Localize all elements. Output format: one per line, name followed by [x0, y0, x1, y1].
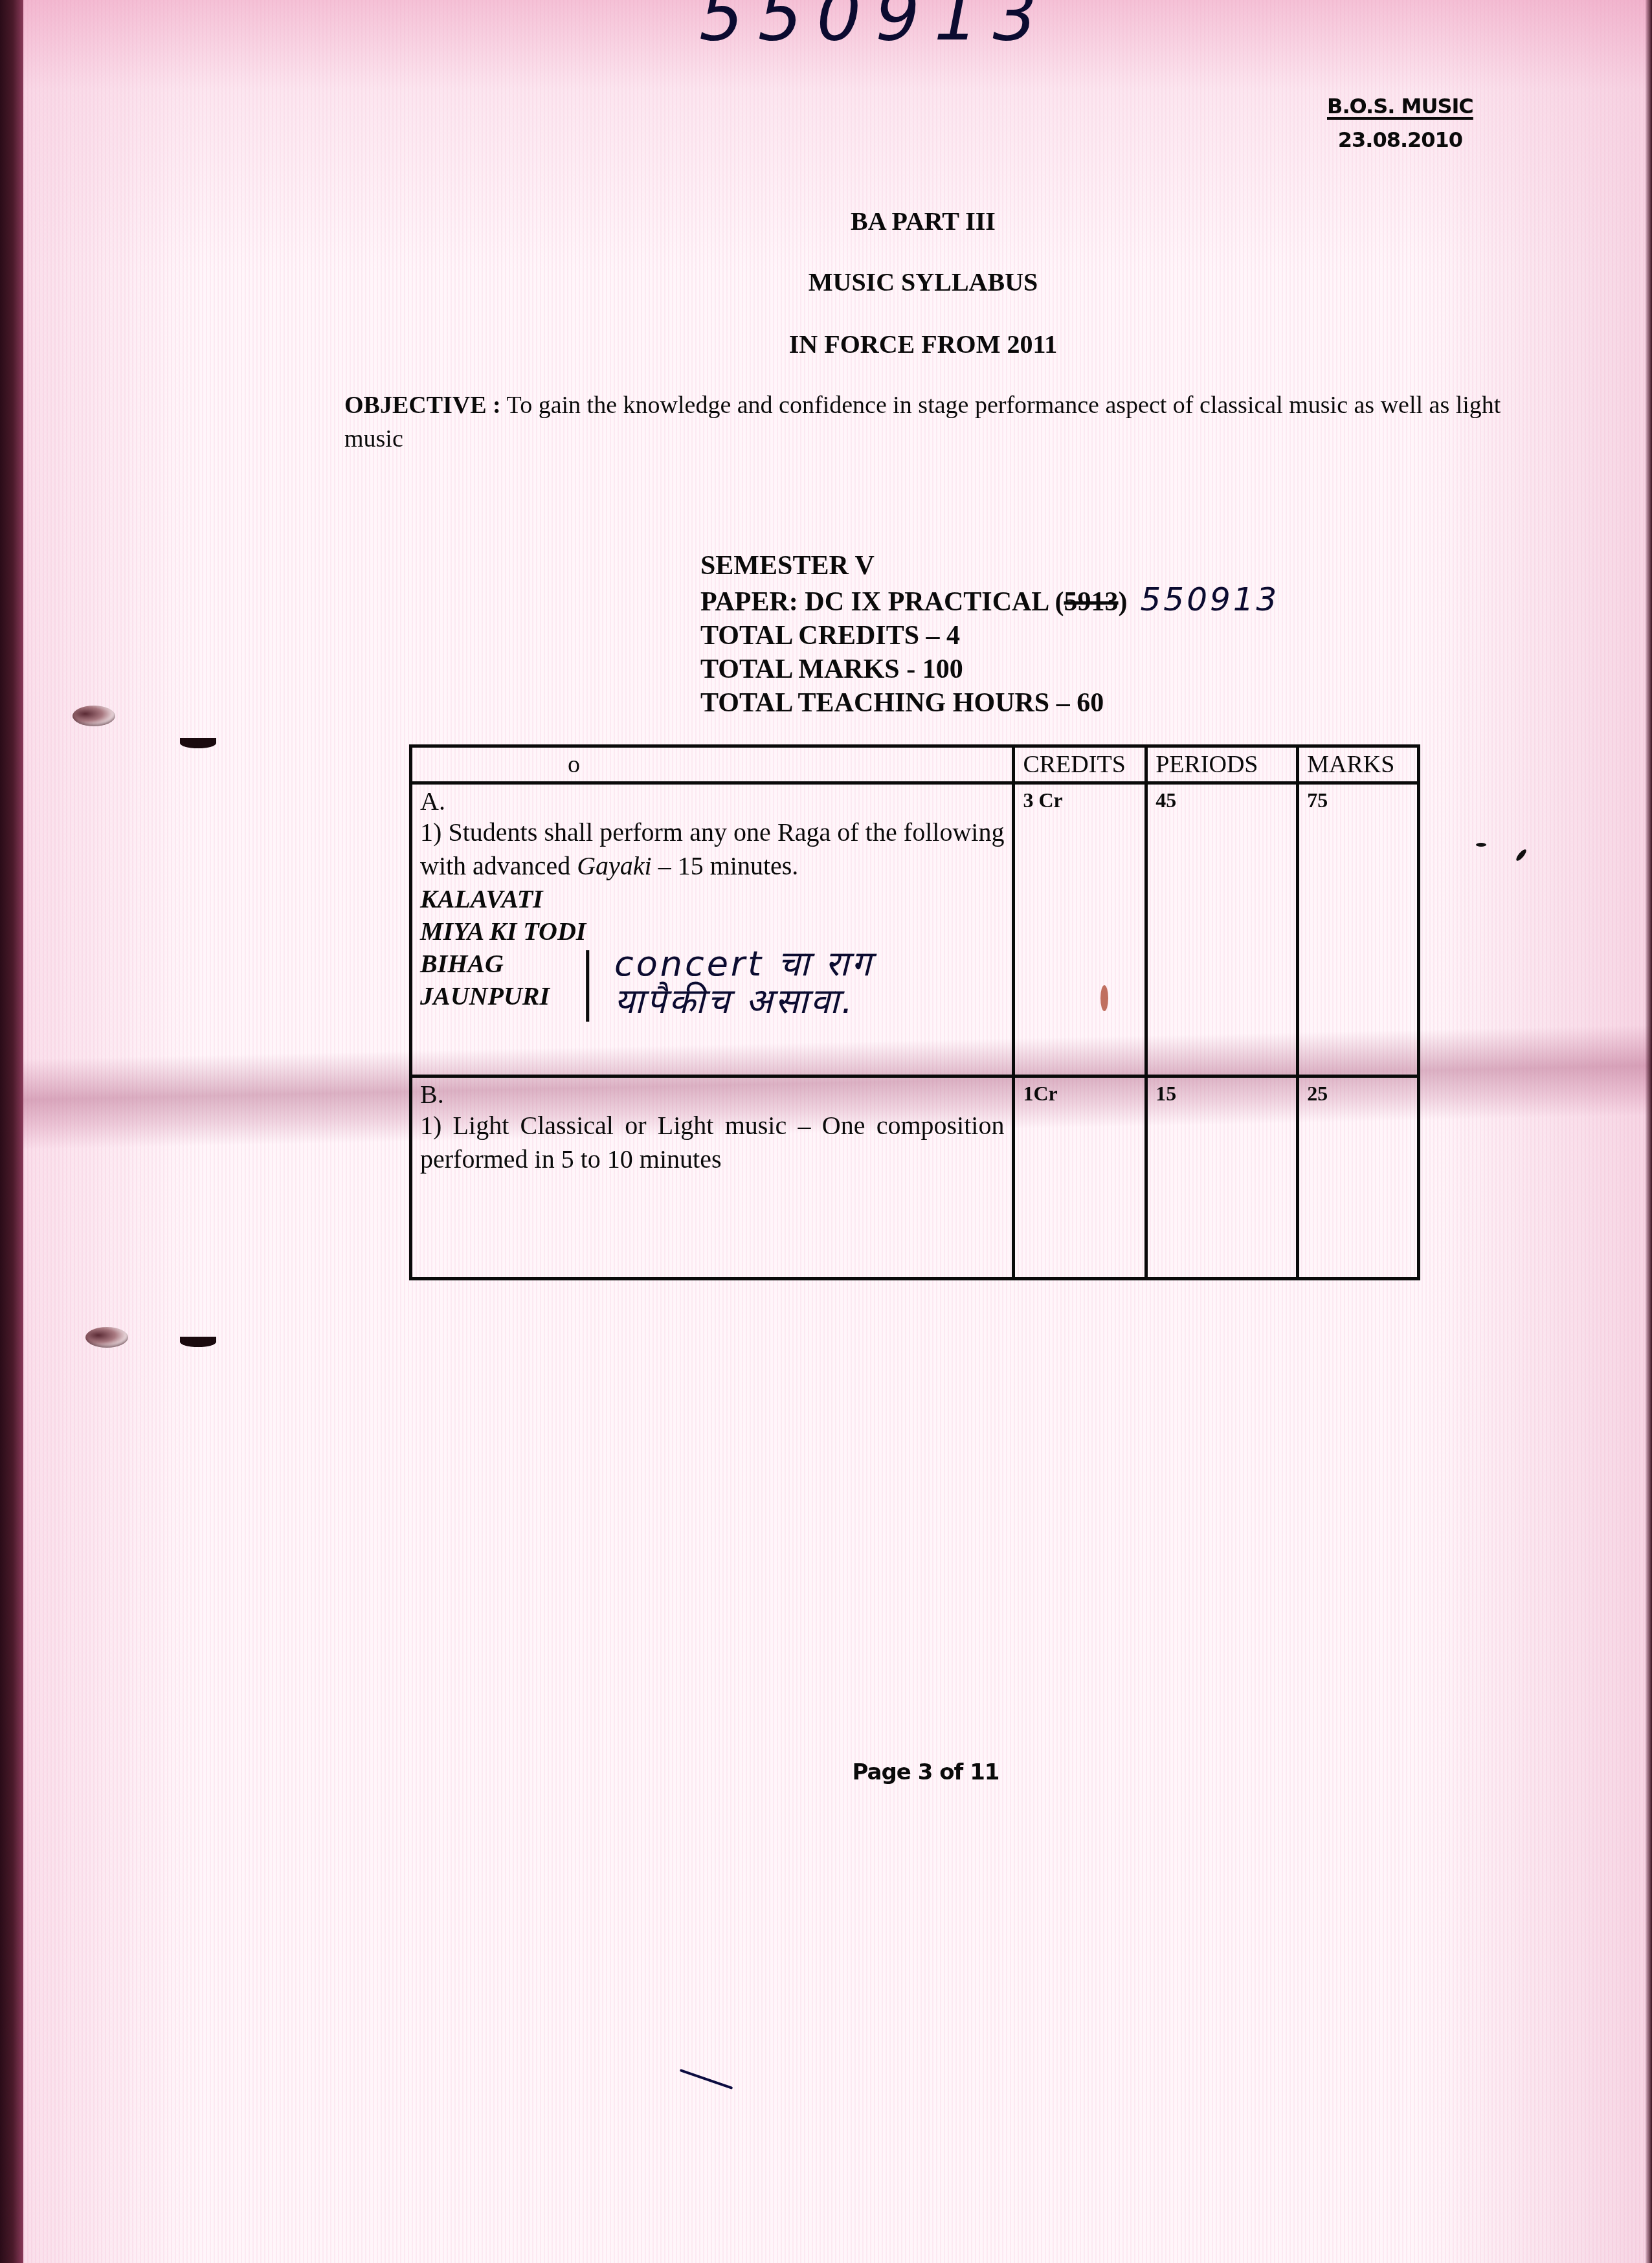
- table-row: B. 1) Light Classical or Light music – O…: [411, 1076, 1419, 1279]
- course-info: SEMESTER V PAPER: DC IX PRACTICAL (5913)…: [700, 549, 1279, 720]
- handwritten-note-line: यापैकीच असावा.: [614, 983, 873, 1020]
- objective-text: To gain the knowledge and confidence in …: [344, 392, 1501, 452]
- punch-hole-icon: [73, 706, 115, 726]
- header-marks: MARKS: [1298, 746, 1419, 783]
- handwritten-note: concert चा राग यापैकीच असावा.: [614, 945, 873, 1020]
- board-stamp: B.O.S. MUSIC 23.08.2010: [1327, 89, 1473, 157]
- section-a-description: 1) Students shall perform any one Raga o…: [420, 816, 1004, 883]
- board-date: 23.08.2010: [1327, 123, 1473, 157]
- table-row: A. 1) Students shall perform any one Rag…: [411, 783, 1419, 1076]
- objective-paragraph: OBJECTIVE : To gain the knowledge and co…: [344, 388, 1523, 456]
- periods-cell: 45: [1146, 783, 1298, 1076]
- header-periods: PERIODS: [1146, 746, 1298, 783]
- ink-speck-icon: [1476, 843, 1486, 847]
- section-b-cell: B. 1) Light Classical or Light music – O…: [411, 1076, 1014, 1279]
- section-label: B.: [420, 1080, 1004, 1109]
- paper-prefix: PAPER: DC IX PRACTICAL (: [700, 587, 1064, 617]
- header-description: o: [411, 746, 1014, 783]
- credits-cell: 3 Cr: [1014, 783, 1146, 1076]
- stain-icon: [1100, 985, 1108, 1011]
- punch-hole-icon: [85, 1327, 128, 1348]
- board-label: B.O.S. MUSIC: [1327, 89, 1473, 123]
- title-ba-part: BA PART III: [0, 206, 1652, 236]
- paper-code-struck: 5913: [1064, 587, 1119, 617]
- handwritten-note-line: concert चा राग: [614, 945, 873, 983]
- marks-cell: 25: [1298, 1076, 1419, 1279]
- section-label: A.: [420, 787, 1004, 816]
- table-header-row: o CREDITS PERIODS MARKS: [411, 746, 1419, 783]
- paper-code-handwritten: 550913: [1141, 581, 1280, 618]
- desc-suffix: – 15 minutes.: [652, 851, 799, 880]
- section-a-cell: A. 1) Students shall perform any one Rag…: [411, 783, 1014, 1076]
- section-b-description: 1) Light Classical or Light music – One …: [420, 1109, 1004, 1176]
- header-credits: CREDITS: [1014, 746, 1146, 783]
- desc-italic-gayaki: Gayaki: [577, 851, 652, 880]
- handwritten-brace-icon: |: [575, 948, 599, 1012]
- handwritten-top-code: 550913: [699, 0, 1051, 56]
- total-credits: TOTAL CREDITS – 4: [700, 619, 1279, 652]
- raga-item: KALAVATI: [420, 883, 1004, 915]
- total-marks: TOTAL MARKS - 100: [700, 652, 1279, 686]
- punch-mark-icon: [180, 1337, 216, 1347]
- syllabus-table: o CREDITS PERIODS MARKS A. 1) Students s…: [409, 744, 1420, 1280]
- page-number: Page 3 of 11: [0, 1759, 1652, 1785]
- total-teaching-hours: TOTAL TEACHING HOURS – 60: [700, 686, 1279, 720]
- title-syllabus: MUSIC SYLLABUS: [0, 267, 1652, 297]
- punch-mark-icon: [180, 738, 216, 748]
- credits-cell: 1Cr: [1014, 1076, 1146, 1279]
- objective-label: OBJECTIVE :: [344, 392, 501, 419]
- paper-suffix: ): [1119, 587, 1128, 617]
- paper-line: PAPER: DC IX PRACTICAL (5913)550913: [700, 583, 1279, 619]
- title-in-force: IN FORCE FROM 2011: [0, 329, 1652, 359]
- raga-list: KALAVATI MIYA KI TODI BIHAG JAUNPURI | c…: [420, 883, 1004, 1012]
- periods-cell: 15: [1146, 1076, 1298, 1279]
- semester: SEMESTER V: [700, 549, 1279, 583]
- marks-cell: 75: [1298, 783, 1419, 1076]
